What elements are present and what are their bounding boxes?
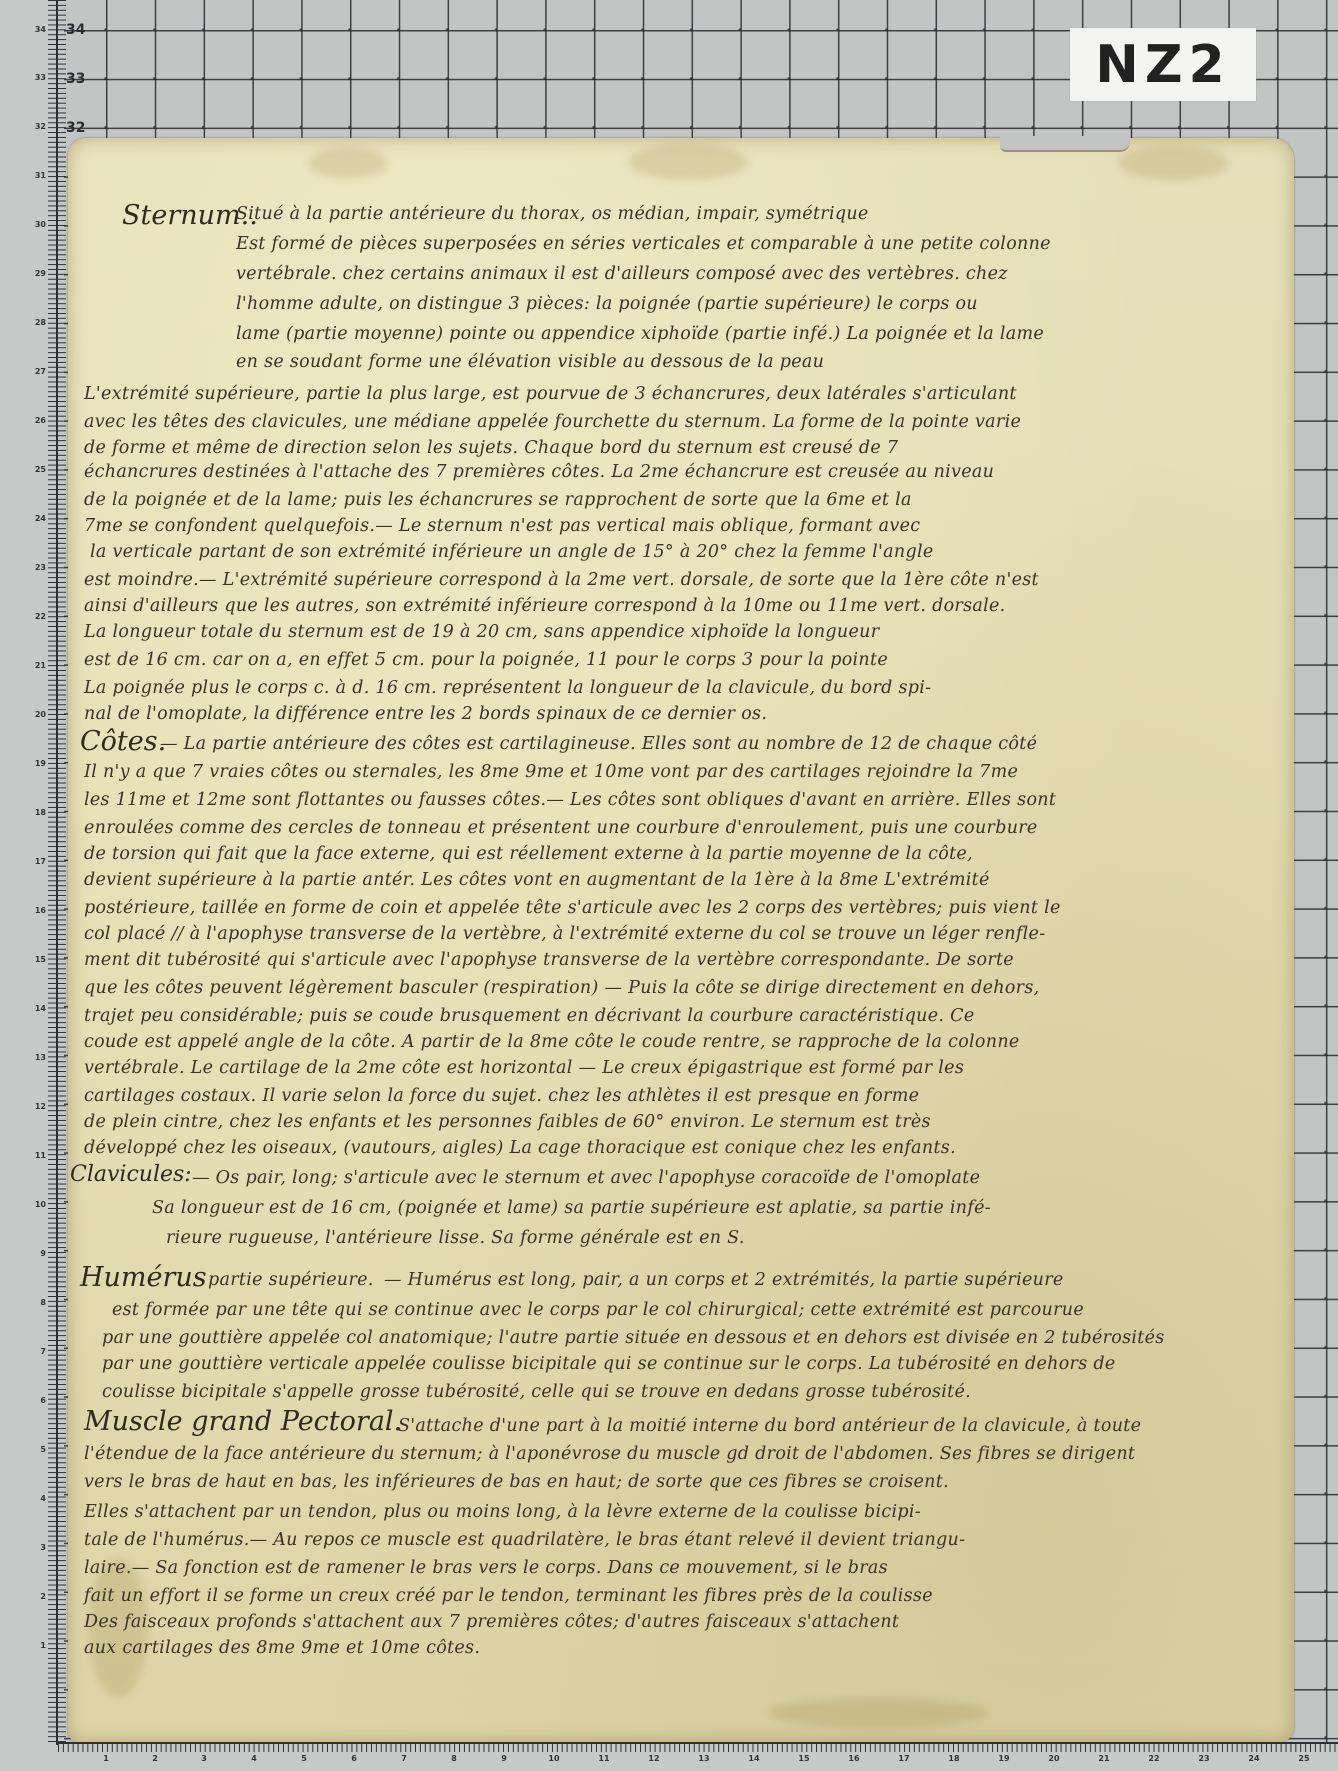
ruler-label: 6 (26, 1396, 46, 1405)
text-line: est moindre.— L'extrémité supérieure cor… (84, 570, 1039, 590)
ruler-label: 13 (26, 1053, 46, 1062)
ruler-label: 5 (294, 1754, 314, 1763)
left-ruler-spine (56, 0, 58, 1745)
ruler-label: 20 (1044, 1754, 1064, 1763)
grid-label: 33 (66, 71, 85, 87)
ruler-label: 23 (26, 563, 46, 572)
text-line: Il n'y a que 7 vraies côtes ou sternales… (84, 762, 1018, 782)
text-line: Est formé de pièces superposées en série… (236, 234, 1051, 254)
section-heading-pectoral: Muscle grand Pectoral. (84, 1406, 402, 1437)
ruler-label: 30 (26, 220, 46, 229)
ruler-label: 16 (26, 906, 46, 915)
text-line: La longueur totale du sternum est de 19 … (84, 622, 879, 642)
bottom-ruler-spine (58, 1742, 1338, 1744)
text-line: devient supérieure à la partie antér. Le… (84, 870, 990, 890)
ruler-label: 9 (494, 1754, 514, 1763)
section-heading-humerus: Humérus (80, 1262, 207, 1293)
ruler-label: 11 (26, 1151, 46, 1160)
ruler-label: 10 (544, 1754, 564, 1763)
text-line: Situé à la partie antérieure du thorax, … (236, 204, 869, 224)
text-line: tale de l'humérus.— Au repos ce muscle e… (84, 1530, 965, 1550)
text-line: que les côtes peuvent légèrement bascule… (84, 978, 1039, 998)
ruler-label: 31 (26, 171, 46, 180)
ruler-label: 33 (26, 73, 46, 82)
ruler-label: 14 (26, 1004, 46, 1013)
grid-label: 32 (66, 120, 85, 136)
ruler-label: 17 (894, 1754, 914, 1763)
text-line: trajet peu considérable; puis se coude b… (84, 1006, 975, 1026)
text-line: l'étendue de la face antérieure du stern… (84, 1444, 1135, 1464)
specimen-label-card: NZ2 (1070, 28, 1256, 101)
ruler-label: 13 (694, 1754, 714, 1763)
text-line: Elles s'attachent par un tendon, plus ou… (84, 1502, 921, 1522)
text-line: fait un effort il se forme un creux créé… (84, 1586, 933, 1606)
text-line: avec les têtes des clavicules, une média… (84, 412, 1021, 432)
ruler-label: 16 (844, 1754, 864, 1763)
text-line: est formée par une tête qui se continue … (112, 1300, 1084, 1320)
section-heading-cotes: Côtes. (80, 726, 166, 757)
text-line: ment dit tubérosité qui s'articule avec … (84, 950, 1014, 970)
text-line: 7me se confondent quelquefois.— Le stern… (84, 516, 920, 536)
ruler-label: 4 (244, 1754, 264, 1763)
ruler-label: 6 (344, 1754, 364, 1763)
text-line: Des faisceaux profonds s'attachent aux 7… (84, 1612, 899, 1632)
ruler-label: 3 (26, 1543, 46, 1552)
ruler-label: 11 (594, 1754, 614, 1763)
text-line: La poignée plus le corps c. à d. 16 cm. … (84, 678, 931, 698)
text-line: la verticale partant de son extrémité in… (90, 542, 934, 562)
ruler-label: 17 (26, 857, 46, 866)
ruler-label: 27 (26, 367, 46, 376)
ruler-label: 12 (26, 1102, 46, 1111)
ruler-label: 8 (444, 1754, 464, 1763)
ruler-label: 15 (26, 955, 46, 964)
text-line: par une gouttière verticale appelée coul… (102, 1354, 1116, 1374)
ruler-label: 34 (26, 25, 46, 34)
text-line: coude est appelé angle de la côte. A par… (84, 1032, 1020, 1052)
text-line: laire.— Sa fonction est de ramener le br… (84, 1558, 888, 1578)
text-line: de forme et même de direction selon les … (84, 438, 898, 458)
ruler-label: 22 (1144, 1754, 1164, 1763)
text-line: les 11me et 12me sont flottantes ou faus… (84, 790, 1056, 810)
ruler-label: 19 (26, 759, 46, 768)
ruler-label: 24 (26, 514, 46, 523)
ruler-label: 10 (26, 1200, 46, 1209)
left-ruler: 34 33 32 31 30 29 28 27 26 25 24 23 22 2… (0, 0, 64, 1771)
specimen-label-text: NZ2 (1095, 35, 1230, 95)
text-line: de plein cintre, chez les enfants et les… (84, 1112, 931, 1132)
text-line: vers le bras de haut en bas, les inférie… (84, 1472, 949, 1492)
text-line: vertébrale. Le cartilage de la 2me côte … (84, 1058, 964, 1078)
ruler-label: 21 (1094, 1754, 1114, 1763)
text-line: enroulées comme des cercles de tonneau e… (84, 818, 1038, 838)
text-line: est de 16 cm. car on a, en effet 5 cm. p… (84, 650, 888, 670)
ruler-label: 8 (26, 1298, 46, 1307)
ruler-label: 29 (26, 269, 46, 278)
text-line: — Os pair, long; s'articule avec le ster… (192, 1168, 980, 1188)
text-line: col placé // à l'apophyse transverse de … (84, 924, 1045, 944)
text-line: postérieure, taillée en forme de coin et… (84, 898, 1061, 918)
bottom-ruler: 1 2 3 4 5 6 7 8 9 10 11 12 13 14 15 16 1… (58, 1742, 1338, 1771)
ruler-label: 1 (26, 1641, 46, 1650)
paper-torn-notch (1000, 136, 1130, 152)
text-line: aux cartilages des 8me 9me et 10me côtes… (84, 1638, 480, 1658)
text-line: vertébrale. chez certains animaux il est… (236, 264, 1008, 284)
ruler-label: 25 (1294, 1754, 1314, 1763)
text-line: de la poignée et de la lame; puis les éc… (84, 490, 912, 510)
ruler-label: 7 (26, 1347, 46, 1356)
ruler-label: 21 (26, 661, 46, 670)
ruler-label: 2 (145, 1754, 165, 1763)
ruler-label: 20 (26, 710, 46, 719)
text-line: lame (partie moyenne) pointe ou appendic… (236, 324, 1044, 344)
ruler-label: 18 (26, 808, 46, 817)
text-line: rieure rugueuse, l'antérieure lisse. Sa … (166, 1228, 745, 1248)
ruler-label: 5 (26, 1445, 46, 1454)
ruler-label: 22 (26, 612, 46, 621)
manuscript-text: Sternum.. Situé à la partie antérieure d… (68, 138, 1294, 1742)
ruler-label: 12 (644, 1754, 664, 1763)
ruler-label: 24 (1244, 1754, 1264, 1763)
manuscript-page: Sternum.. Situé à la partie antérieure d… (68, 138, 1294, 1742)
text-line: coulisse bicipitale s'appelle grosse tub… (102, 1382, 971, 1402)
section-subheading: partie supérieure. (208, 1270, 374, 1290)
text-line: — La partie antérieure des côtes est car… (160, 734, 1037, 754)
ruler-label: 1 (96, 1754, 116, 1763)
ruler-label: 7 (394, 1754, 414, 1763)
text-line: en se soudant forme une élévation visibl… (236, 352, 824, 372)
ruler-label: 15 (794, 1754, 814, 1763)
ruler-label: 19 (994, 1754, 1014, 1763)
ruler-label: 26 (26, 416, 46, 425)
text-line: échancrures destinées à l'attache des 7 … (84, 462, 994, 482)
ruler-label: 25 (26, 465, 46, 474)
ruler-label: 14 (744, 1754, 764, 1763)
grid-label: 34 (66, 22, 85, 38)
text-line: l'homme adulte, on distingue 3 pièces: l… (236, 294, 978, 314)
section-heading-clavicules: Clavicules: (70, 1162, 192, 1187)
text-line: ainsi d'ailleurs que les autres, son ext… (84, 596, 1006, 616)
ruler-label: 4 (26, 1494, 46, 1503)
text-line: développé chez les oiseaux, (vautours, a… (84, 1138, 956, 1158)
ruler-label: 28 (26, 318, 46, 327)
text-line: L'extrémité supérieure, partie la plus l… (84, 384, 1017, 404)
text-line: par une gouttière appelée col anatomique… (102, 1328, 1165, 1348)
text-line: S'attache d'une part à la moitié interne… (398, 1416, 1141, 1436)
ruler-label: 32 (26, 122, 46, 131)
text-line: cartilages costaux. Il varie selon la fo… (84, 1086, 919, 1106)
ruler-label: 2 (26, 1592, 46, 1601)
ruler-label: 9 (26, 1249, 46, 1258)
text-line: — Humérus est long, pair, a un corps et … (384, 1270, 1064, 1290)
ruler-label: 23 (1194, 1754, 1214, 1763)
ruler-label: 3 (194, 1754, 214, 1763)
text-line: de torsion qui fait que la face externe,… (84, 844, 973, 864)
text-line: nal de l'omoplate, la différence entre l… (84, 704, 767, 724)
ruler-label: 18 (944, 1754, 964, 1763)
text-line: Sa longueur est de 16 cm, (poignée et la… (152, 1198, 991, 1218)
